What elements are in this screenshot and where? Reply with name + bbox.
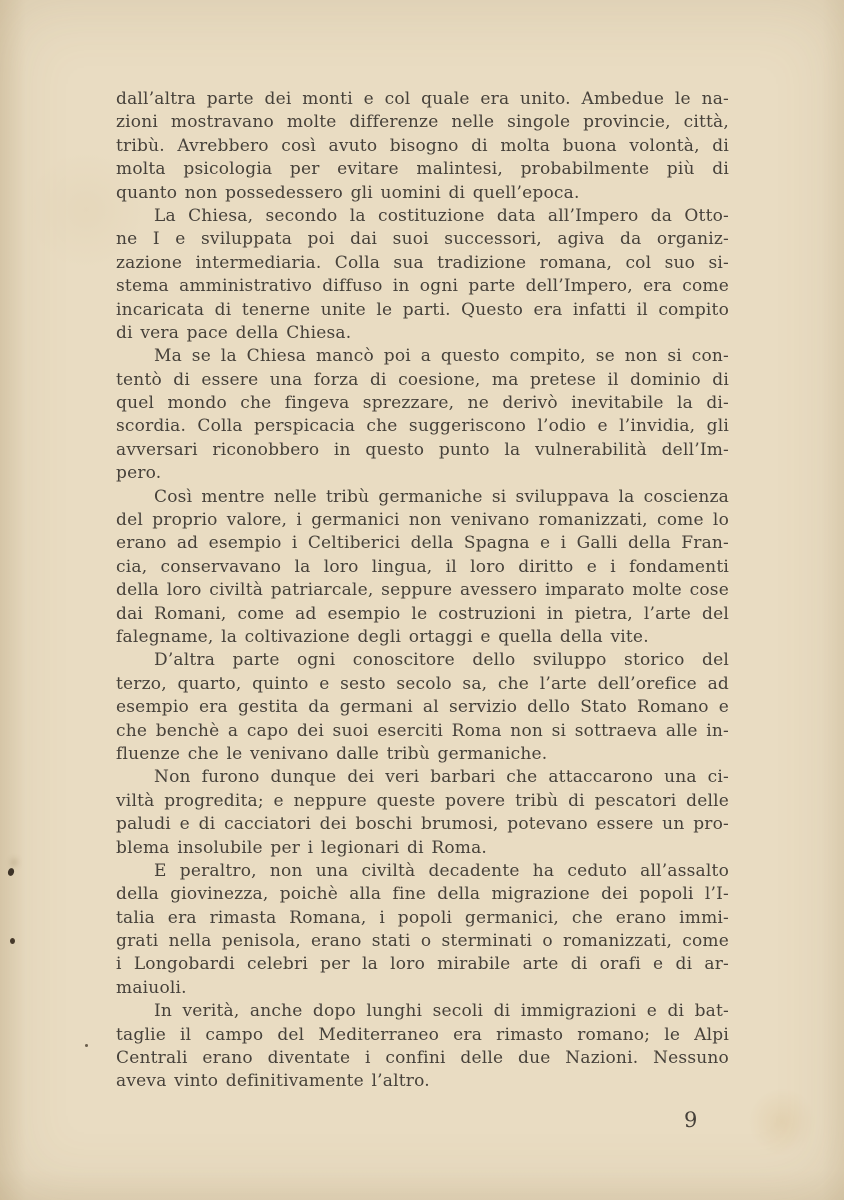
text-line: molta psicologia per evitare malintesi, … (116, 158, 729, 181)
text-line: che benchè a capo dei suoi eserciti Roma… (116, 720, 729, 743)
ink-speck (85, 1044, 88, 1047)
text-line: In verità, anche dopo lunghi secoli di i… (116, 1000, 729, 1023)
text-line: terzo, quarto, quinto e sesto secolo sa,… (116, 673, 729, 696)
text-line: Centrali erano diventate i confini delle… (116, 1047, 729, 1070)
text-line: paludi e di cacciatori dei boschi brumos… (116, 813, 729, 836)
page-number: 9 (684, 1108, 698, 1132)
text-line: della loro civiltà patriarcale, seppure … (116, 579, 729, 602)
text-line: La Chiesa, secondo la costituzione data … (116, 205, 729, 228)
text-line: incaricata di tenerne unite le parti. Qu… (116, 299, 729, 322)
text-line: quel mondo che fingeva sprezzare, ne der… (116, 392, 729, 415)
text-line: zioni mostravano molte differenze nelle … (116, 111, 729, 134)
paragraph: Non furono dunque dei veri barbari che a… (116, 766, 729, 860)
text-line: dall’altra parte dei monti e col quale e… (116, 88, 729, 111)
book-page: dall’altra parte dei monti e col quale e… (0, 0, 844, 1200)
text-line: tentò di essere una forza di coesione, m… (116, 369, 729, 392)
text-line: pero. (116, 462, 729, 485)
text-line: stema amministrativo diffuso in ogni par… (116, 275, 729, 298)
text-line: del proprio valore, i germanici non veni… (116, 509, 729, 532)
text-line: dai Romani, come ad esempio le costruzio… (116, 603, 729, 626)
text-line: E peraltro, non una civiltà decadente ha… (116, 860, 729, 883)
binding-speck (7, 867, 15, 876)
paragraph: In verità, anche dopo lunghi secoli di i… (116, 1000, 729, 1094)
paragraph: E peraltro, non una civiltà decadente ha… (116, 860, 729, 1000)
text-line: Non furono dunque dei veri barbari che a… (116, 766, 729, 789)
text-line: scordia. Colla perspicacia che suggerisc… (116, 415, 729, 438)
paragraph: Così mentre nelle tribù germaniche si sv… (116, 486, 729, 650)
paragraph: D’altra parte ogni conoscitore dello svi… (116, 649, 729, 766)
text-line: viltà progredita; e neppure queste pover… (116, 790, 729, 813)
text-line: fluenze che le venivano dalle tribù germ… (116, 743, 729, 766)
text-line: esempio era gestita da germani al serviz… (116, 696, 729, 719)
text-line: Ma se la Chiesa mancò poi a questo compi… (116, 345, 729, 368)
text-line: di vera pace della Chiesa. (116, 322, 729, 345)
text-line: avversari riconobbero in questo punto la… (116, 439, 729, 462)
text-line: blema insolubile per i legionari di Roma… (116, 837, 729, 860)
text-line: Così mentre nelle tribù germaniche si sv… (116, 486, 729, 509)
text-line: grati nella penisola, erano stati o ster… (116, 930, 729, 953)
text-line: falegname, la coltivazione degli ortaggi… (116, 626, 729, 649)
text-line: aveva vinto definitivamente l’altro. (116, 1070, 729, 1093)
text-line: zazione intermediaria. Colla sua tradizi… (116, 252, 729, 275)
text-line: quanto non possedessero gli uomini di qu… (116, 182, 729, 205)
text-line: tribù. Avrebbero così avuto bisogno di m… (116, 135, 729, 158)
text-line: maiuoli. (116, 977, 729, 1000)
paragraph: Ma se la Chiesa mancò poi a questo compi… (116, 345, 729, 485)
text-block: dall’altra parte dei monti e col quale e… (116, 88, 729, 1094)
text-line: talia era rimasta Romana, i popoli germa… (116, 907, 729, 930)
paragraph: La Chiesa, secondo la costituzione data … (116, 205, 729, 345)
text-line: cia, conservavano la loro lingua, il lor… (116, 556, 729, 579)
text-line: ne I e sviluppata poi dai suoi successor… (116, 228, 729, 251)
text-line: erano ad esempio i Celtiberici della Spa… (116, 532, 729, 555)
text-line: della giovinezza, poichè alla fine della… (116, 883, 729, 906)
paragraph: dall’altra parte dei monti e col quale e… (116, 88, 729, 205)
text-line: D’altra parte ogni conoscitore dello svi… (116, 649, 729, 672)
text-line: i Longobardi celebri per la loro mirabil… (116, 953, 729, 976)
text-line: taglie il campo del Mediterraneo era rim… (116, 1024, 729, 1047)
binding-speck (10, 938, 15, 944)
